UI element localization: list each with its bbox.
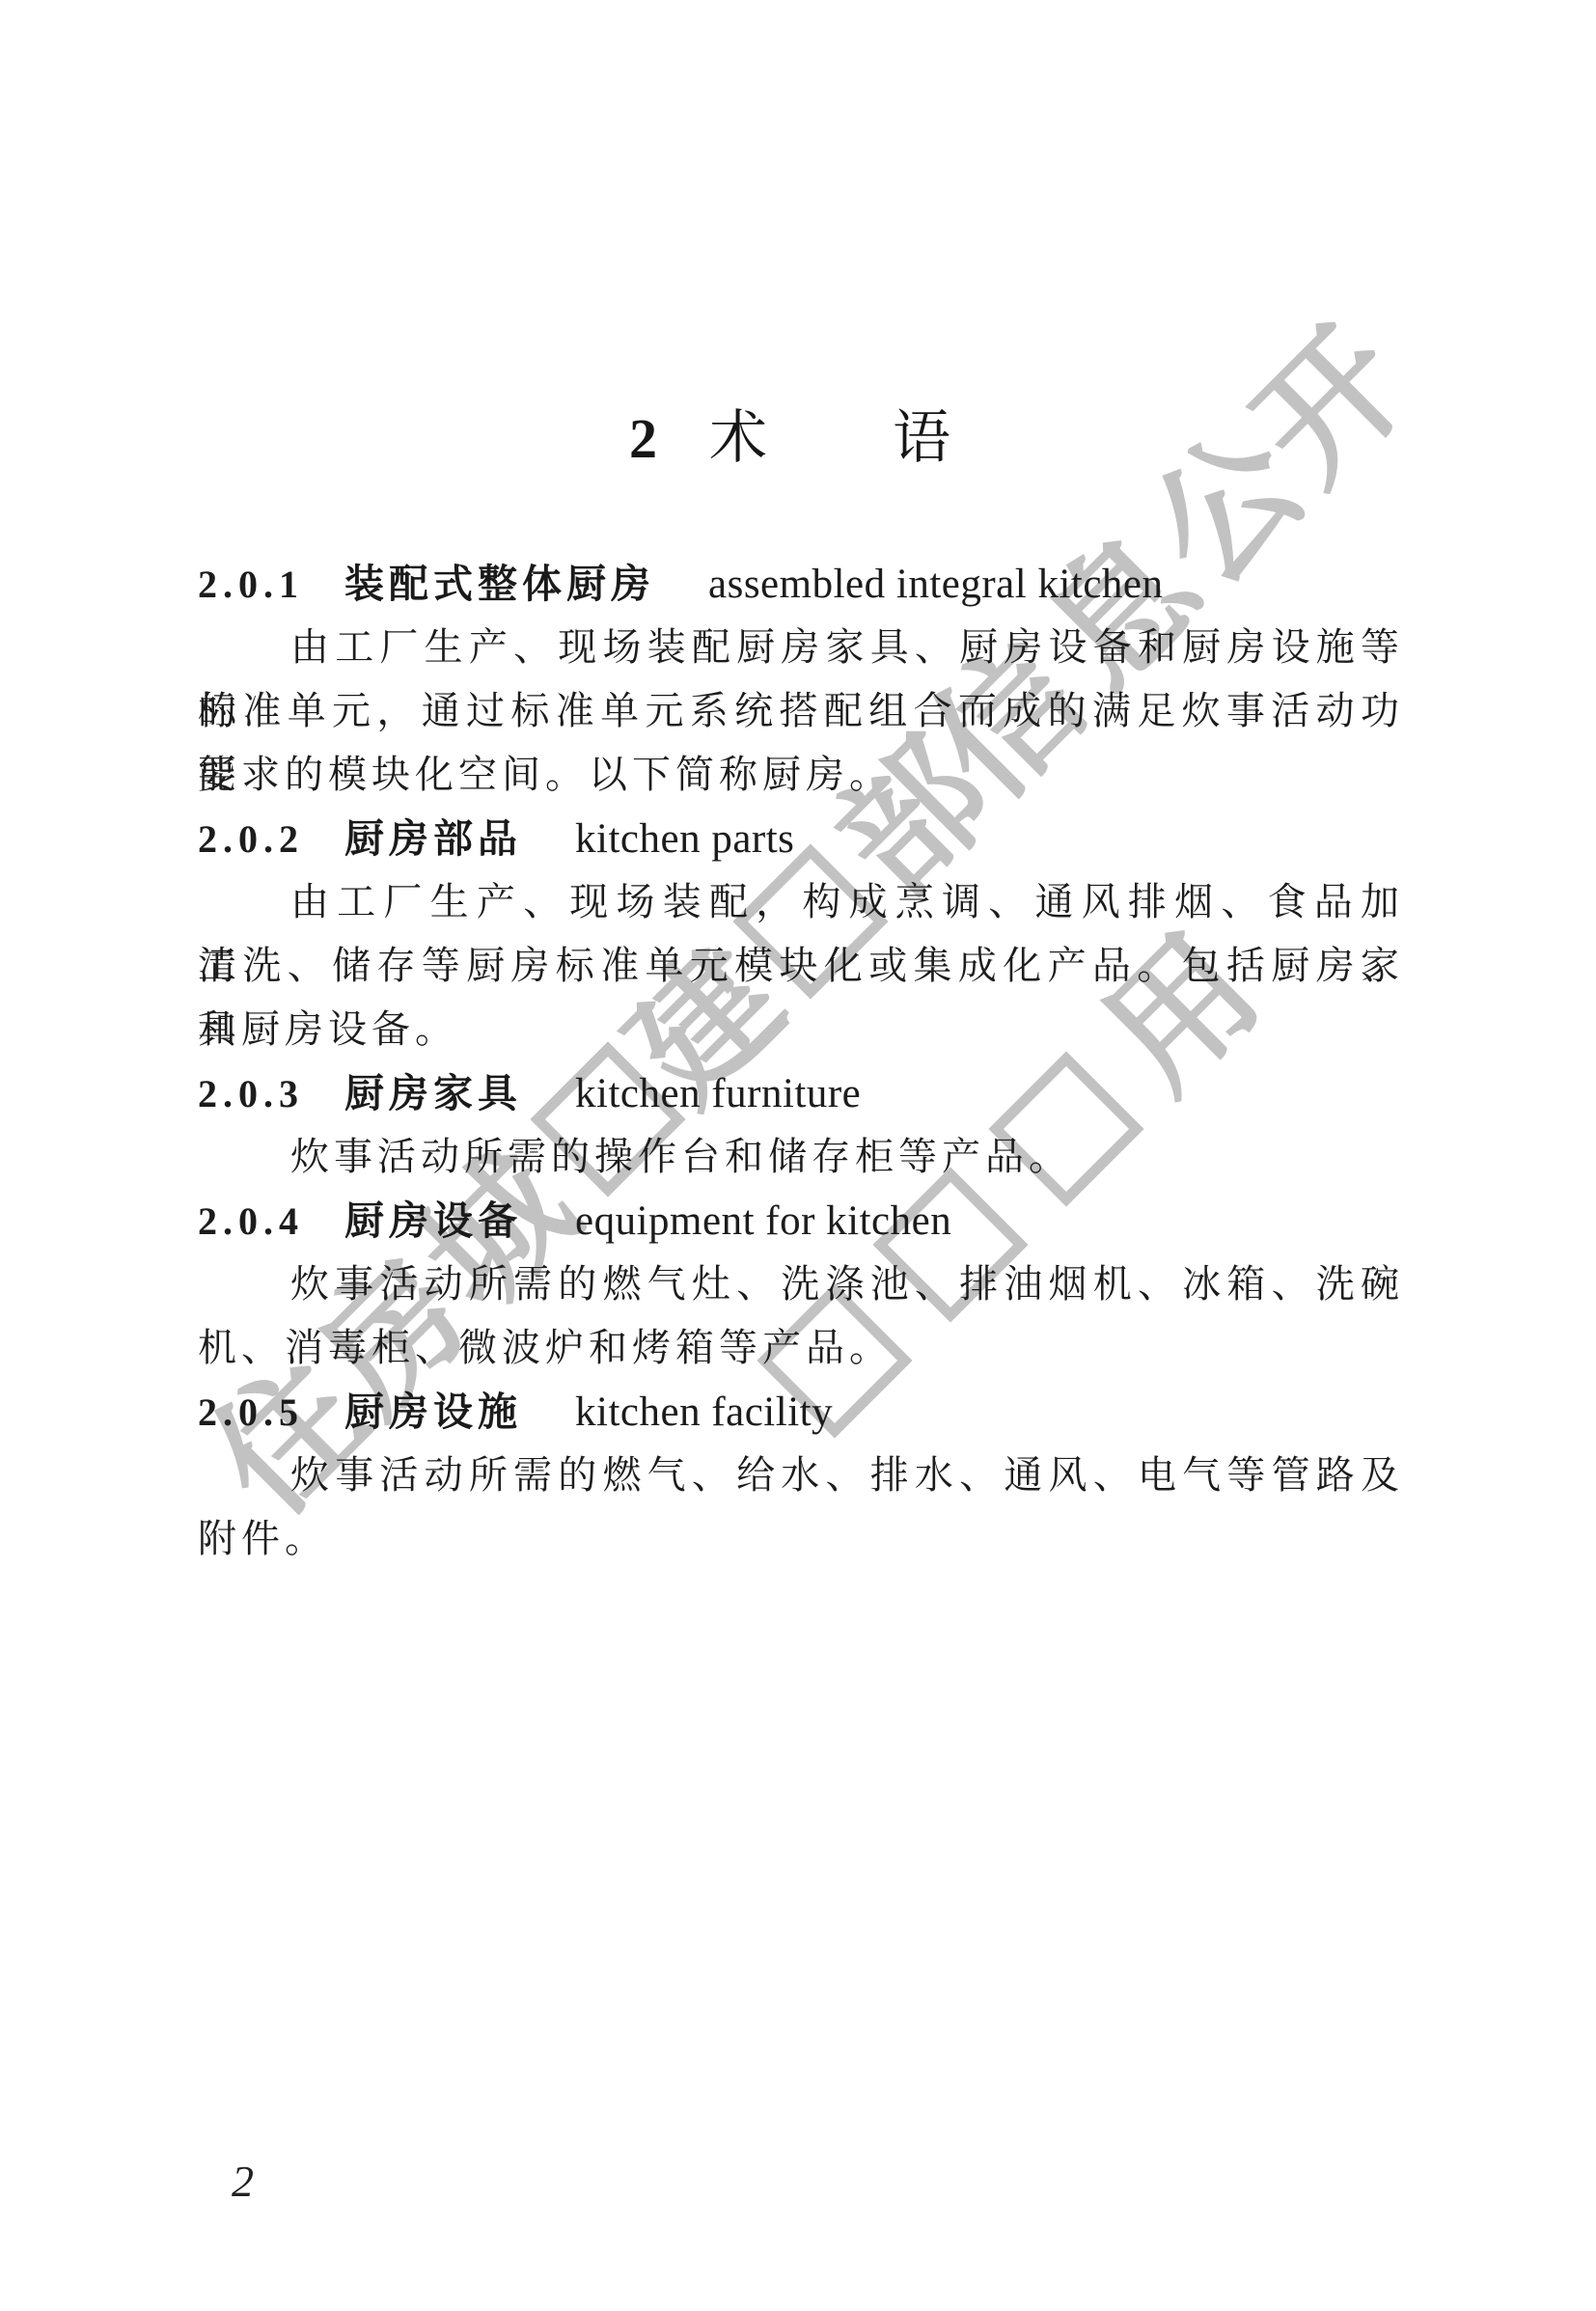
section-number: 2.0.4	[198, 1190, 304, 1253]
term-en: assembled integral kitchen	[708, 553, 1164, 617]
document-page: 住房城建部信息公开用 2 术 语 2.0.1 装配式整体厨房 assembled…	[0, 0, 1596, 2311]
body-line: 机、消毒柜、微波炉和烤箱等产品。	[198, 1316, 1404, 1380]
body-line: 由工厂生产、现场装配厨房家具、厨房设备和厨房设施等的	[198, 616, 1404, 679]
section-number: 2.0.1	[198, 553, 304, 617]
chapter-title-char: 语	[893, 392, 950, 475]
body-line: 炊事活动所需的燃气灶、洗涤池、排油烟机、冰箱、洗碗	[198, 1252, 1404, 1316]
term-zh: 装配式整体厨房	[344, 552, 655, 616]
term-en: kitchen facility	[575, 1381, 833, 1444]
page-number: 2	[232, 2156, 254, 2207]
term-zh: 厨房设施	[344, 1380, 522, 1444]
term-zh: 厨房设备	[344, 1189, 522, 1252]
body-line: 清洗、储存等厨房标准单元模块化或集成化产品。包括厨房家具	[198, 934, 1404, 998]
section-number: 2.0.3	[198, 1062, 304, 1126]
body-line: 要求的模块化空间。以下简称厨房。	[198, 743, 1404, 807]
term-en: equipment for kitchen	[575, 1190, 951, 1253]
term-zh: 厨房部品	[344, 807, 522, 870]
body-line: 炊事活动所需的操作台和储存柜等产品。	[198, 1125, 1404, 1189]
section-heading-2-0-2: 2.0.2 厨房部品 kitchen parts	[198, 807, 1404, 870]
section-number: 2.0.2	[198, 808, 304, 871]
chapter-title-char: 术	[709, 392, 767, 475]
body-line: 和厨房设备。	[198, 998, 1404, 1061]
body-line: 标准单元，通过标准单元系统搭配组合而成的满足炊事活动功能	[198, 679, 1404, 743]
term-en: kitchen parts	[575, 808, 794, 871]
body-line: 附件。	[198, 1507, 1404, 1571]
term-en: kitchen furniture	[575, 1062, 861, 1126]
body-line: 由工厂生产、现场装配，构成烹调、通风排烟、食品加工、	[198, 870, 1404, 934]
term-zh: 厨房家具	[344, 1061, 522, 1125]
terminology-sections: 2.0.1 装配式整体厨房 assembled integral kitchen…	[198, 552, 1404, 1571]
body-line: 炊事活动所需的燃气、给水、排水、通风、电气等管路及	[198, 1444, 1404, 1507]
section-number: 2.0.5	[198, 1381, 304, 1444]
section-heading-2-0-1: 2.0.1 装配式整体厨房 assembled integral kitchen	[198, 552, 1404, 616]
section-heading-2-0-3: 2.0.3 厨房家具 kitchen furniture	[198, 1061, 1404, 1125]
chapter-title: 2 术 语	[629, 392, 950, 475]
section-heading-2-0-5: 2.0.5 厨房设施 kitchen facility	[198, 1380, 1404, 1444]
chapter-number: 2	[629, 406, 657, 471]
section-heading-2-0-4: 2.0.4 厨房设备 equipment for kitchen	[198, 1189, 1404, 1252]
